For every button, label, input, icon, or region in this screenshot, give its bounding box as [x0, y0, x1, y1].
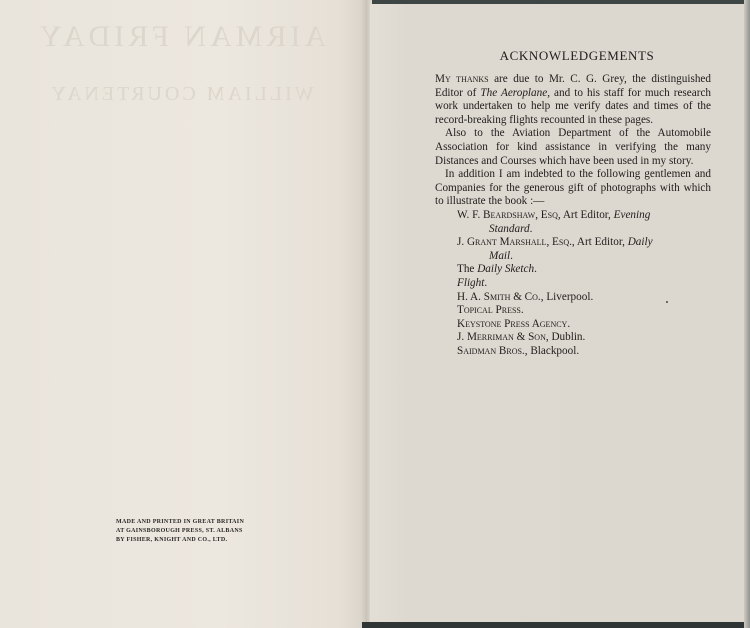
- page-title: ACKNOWLEDGEMENTS: [443, 48, 711, 64]
- publication-title: Mail: [489, 250, 510, 262]
- publication-title: Standard: [489, 223, 530, 235]
- page-edge: [744, 0, 750, 628]
- text: , Blackpool.: [525, 345, 579, 357]
- text: .: [521, 304, 524, 316]
- credit-item: The Daily Sketch.: [457, 263, 711, 277]
- text: , Dublin.: [546, 331, 585, 343]
- credit-name: W. F. Beardshaw, Esq: [457, 209, 558, 221]
- paper-speck: [666, 301, 668, 303]
- text: , Liverpool.: [541, 291, 594, 303]
- publication-title: Evening: [614, 209, 651, 221]
- paragraph-photographs: In addition I am indebted to the followi…: [435, 168, 711, 209]
- text: , Art Editor,: [572, 236, 628, 248]
- background-strip-bottom: [362, 622, 750, 628]
- credit-name: J. Merriman & Son: [457, 331, 546, 343]
- publication-title: Flight: [457, 277, 484, 289]
- text: , Art Editor,: [558, 209, 614, 221]
- text: The: [457, 263, 477, 275]
- publication-title: The Aeroplane: [480, 87, 547, 99]
- credit-name: Keystone Press Agency: [457, 318, 567, 330]
- show-through-author: WILLIAM COURTENAY: [0, 83, 362, 106]
- credit-item: W. F. Beardshaw, Esq, Art Editor, Evenin…: [457, 209, 711, 236]
- credit-name: H. A. Smith & Co.: [457, 291, 541, 303]
- acknowledgements-section: ACKNOWLEDGEMENTS My thanks are due to Mr…: [435, 48, 711, 358]
- text: .: [530, 223, 533, 235]
- imprint-line: Made and printed in Great Britain: [116, 518, 246, 527]
- text: .: [567, 318, 570, 330]
- imprint-line: by Fisher, Knight and Co., Ltd.: [116, 536, 246, 545]
- publication-title: Daily Sketch: [477, 263, 534, 275]
- text: .: [484, 277, 487, 289]
- printer-imprint: Made and printed in Great Britain at Gai…: [116, 518, 246, 545]
- credit-name: Saidman Bros.: [457, 345, 525, 357]
- paragraph-thanks: My thanks are due to Mr. C. G. Grey, the…: [435, 73, 711, 127]
- credit-item: H. A. Smith & Co., Liverpool.: [457, 291, 711, 305]
- credit-name: J. Grant Marshall, Esq.: [457, 236, 572, 248]
- open-book-spread: AIRMAN FRIDAY WILLIAM COURTENAY Made and…: [0, 0, 750, 628]
- lead-in: My thanks: [435, 73, 489, 85]
- credit-item: Flight.: [457, 277, 711, 291]
- credit-item: Topical Press.: [457, 304, 711, 318]
- text: .: [534, 263, 537, 275]
- credit-name: Topical Press: [457, 304, 521, 316]
- imprint-line: at Gainsborough Press, St. Albans: [116, 527, 246, 536]
- credit-item: Keystone Press Agency.: [457, 318, 711, 332]
- publication-title: Daily: [628, 236, 653, 248]
- credit-item: Saidman Bros., Blackpool.: [457, 345, 711, 359]
- credits-list: W. F. Beardshaw, Esq, Art Editor, Evenin…: [435, 209, 711, 359]
- text: .: [510, 250, 513, 262]
- credit-item: J. Merriman & Son, Dublin.: [457, 331, 711, 345]
- show-through-title: AIRMAN FRIDAY: [0, 20, 362, 54]
- paragraph-aa: Also to the Aviation Department of the A…: [435, 127, 711, 168]
- left-page: AIRMAN FRIDAY WILLIAM COURTENAY Made and…: [0, 0, 368, 628]
- credit-item: J. Grant Marshall, Esq., Art Editor, Dai…: [457, 236, 711, 263]
